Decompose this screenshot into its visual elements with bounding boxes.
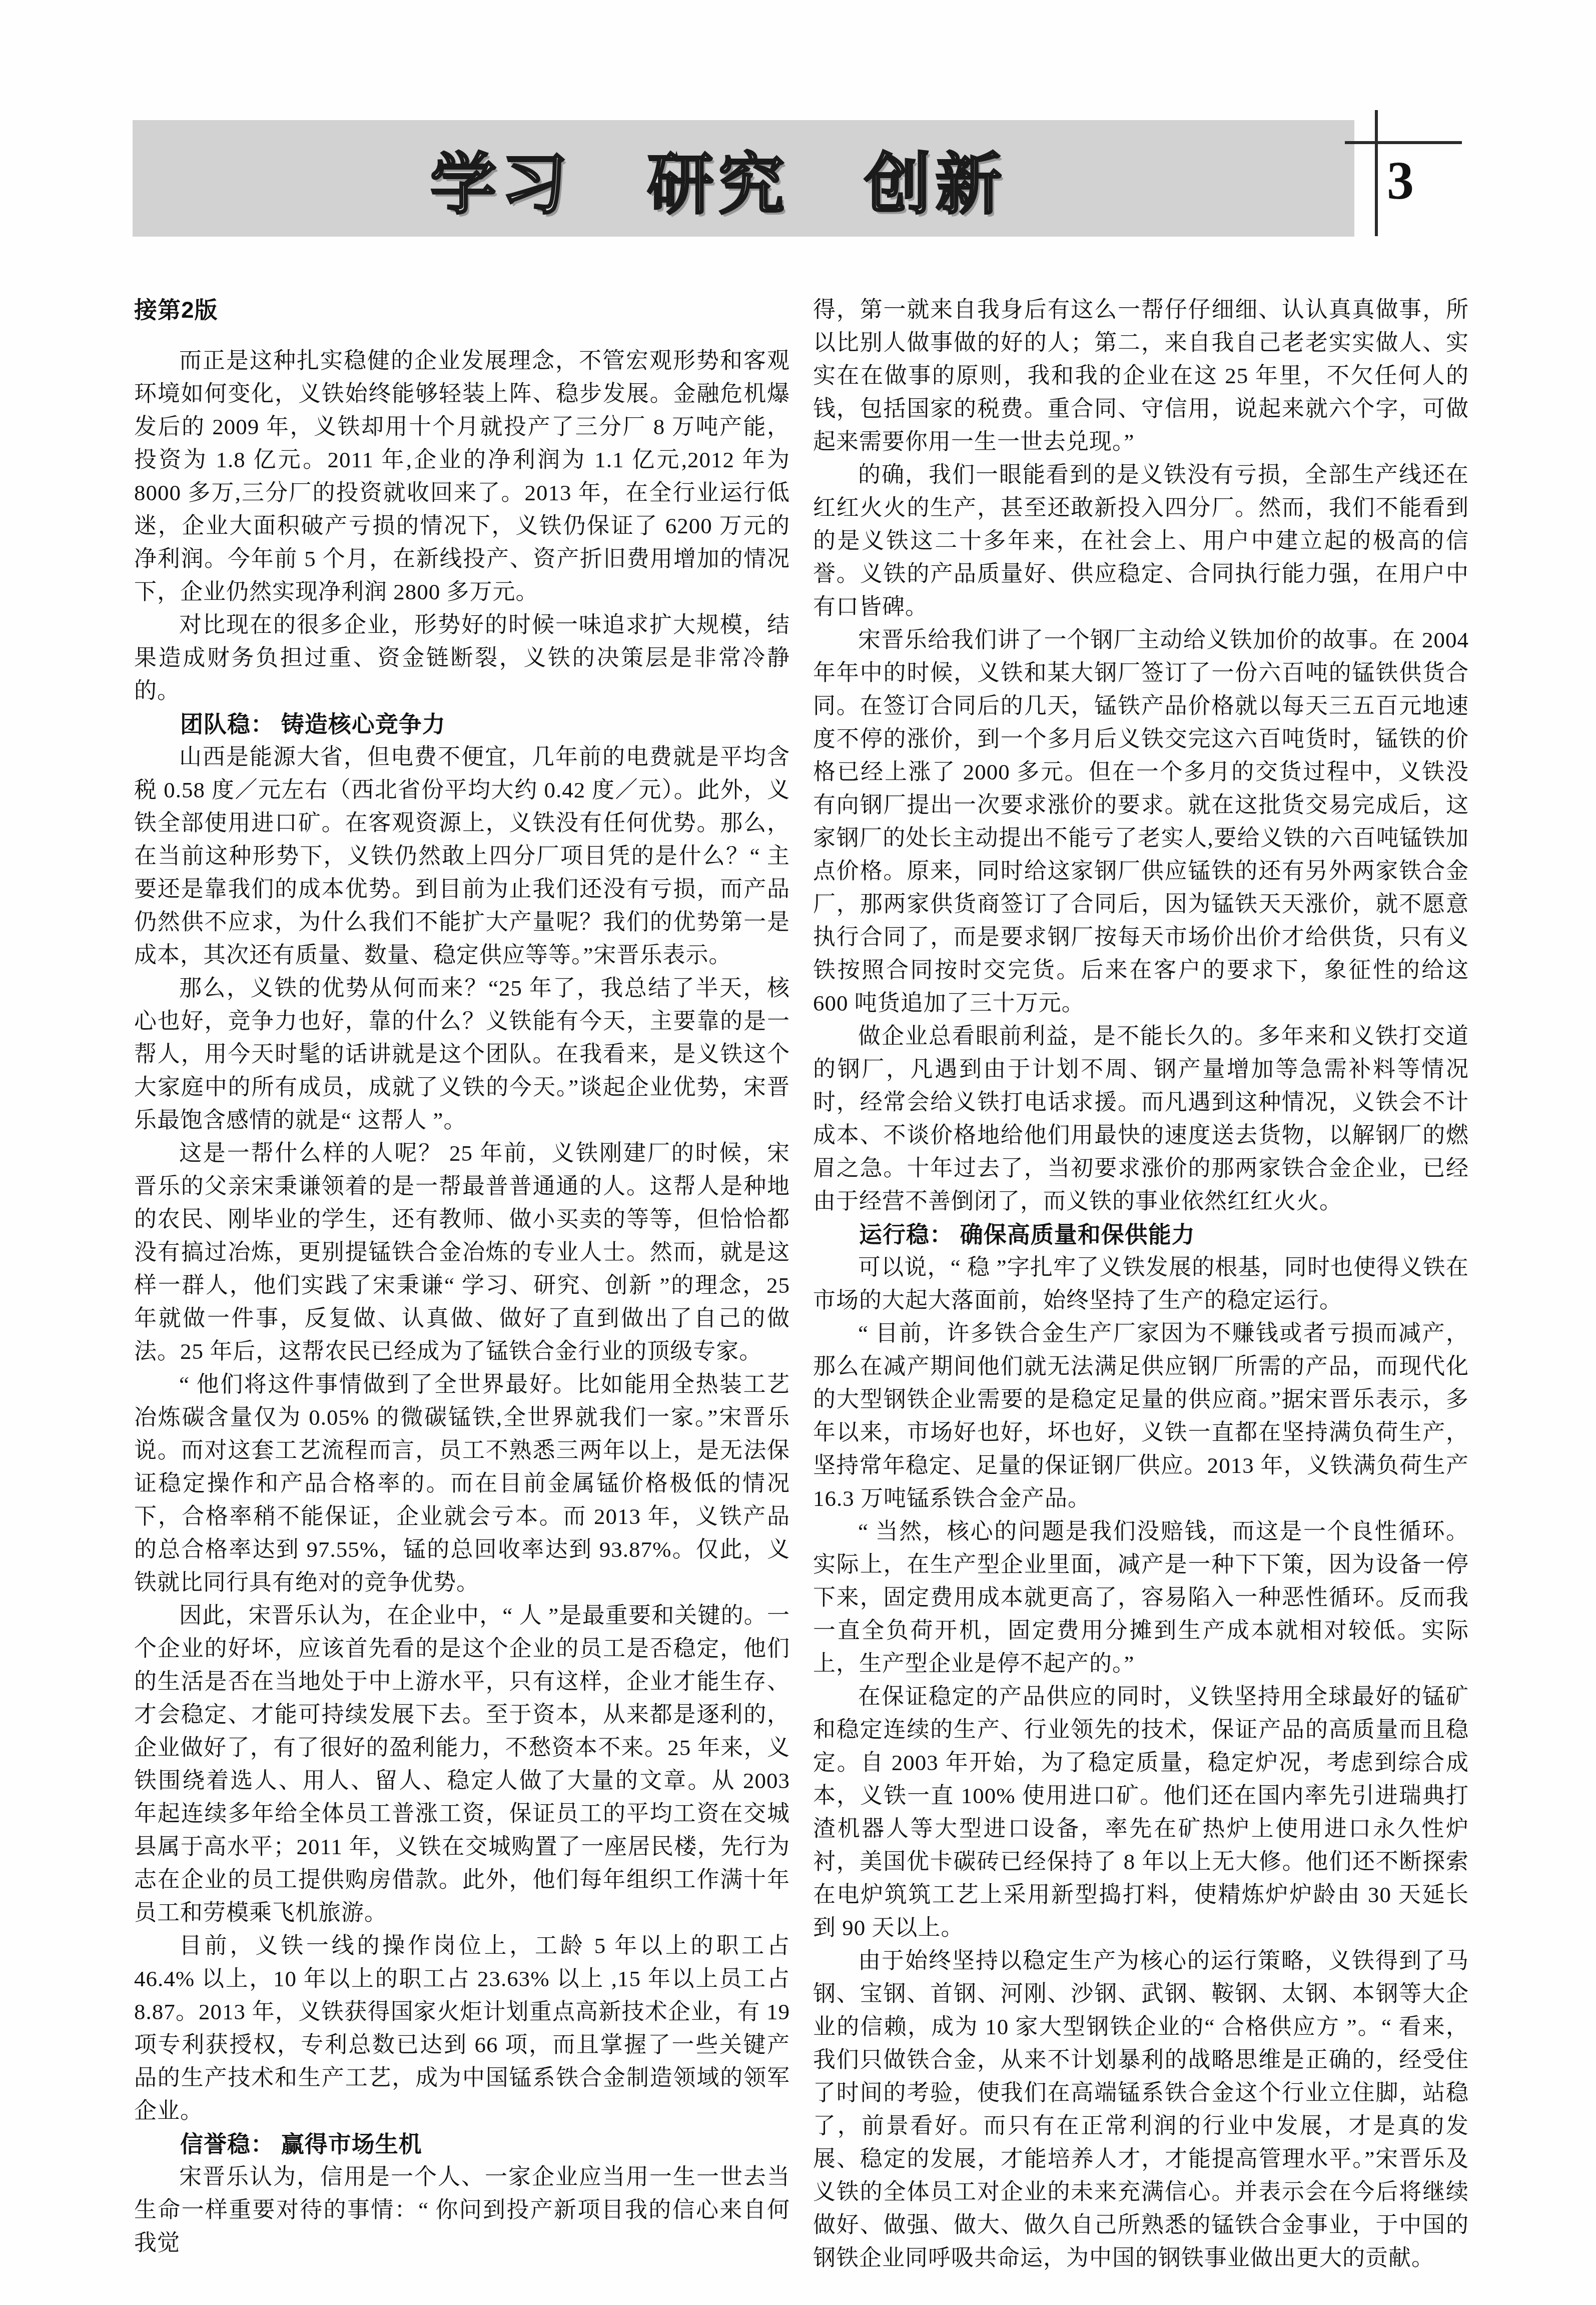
newspaper-page: 学习 研究 创新 3 接第2版而正是这种扎实稳健的企业发展理念，不管宏观形势和客… <box>0 0 1596 2305</box>
masthead-banner: 学习 研究 创新 <box>133 120 1354 237</box>
body-paragraph: 那么，义铁的优势从何而来？“25 年了，我总结了半天，核心也好，竞争力也好，靠的… <box>134 972 790 1137</box>
body-paragraph: “ 他们将这件事情做到了全世界最好。比如能用全热装工艺冶炼碳含量仅为 0.05%… <box>134 1368 790 1599</box>
body-paragraph: 山西是能源大省，但电费不便宜，几年前的电费就是平均含税 0.58 度／元左右（西… <box>134 740 790 972</box>
body-paragraph: 目前，义铁一线的操作岗位上，工龄 5 年以上的职工占 46.4% 以上，10 年… <box>134 1929 790 2127</box>
body-paragraph: “ 当然，核心的问题是我们没赔钱，而这是一个良性循环。实际上，在生产型企业里面，… <box>813 1515 1469 1680</box>
body-paragraph: 而正是这种扎实稳健的企业发展理念，不管宏观形势和客观环境如何变化，义铁始终能够轻… <box>134 344 790 608</box>
body-paragraph: 得，第一就来自我身后有这么一帮仔仔细细、认认真真做事，所以比别人做事做的好的人；… <box>813 293 1469 458</box>
continued-from-note: 接第2版 <box>134 293 790 326</box>
section-heading: 团队稳： 铸造核心竞争力 <box>134 707 790 740</box>
body-paragraph: 在保证稳定的产品供应的同时，义铁坚持用全球最好的锰矿和稳定连续的生产、行业领先的… <box>813 1680 1469 1944</box>
body-paragraph: “ 目前，许多铁合金生产厂家因为不赚钱或者亏损而减产，那么在减产期间他们就无法满… <box>813 1317 1469 1515</box>
crop-mark-vertical <box>1375 110 1378 236</box>
section-heading: 运行稳： 确保高质量和保供能力 <box>813 1218 1469 1251</box>
body-paragraph: 的确，我们一眼能看到的是义铁没有亏损，全部生产线还在红红火火的生产，甚至还敢新投… <box>813 458 1469 623</box>
body-paragraph: 因此，宋晋乐认为，在企业中，“ 人 ”是最重要和关键的。一个企业的好坏，应该首先… <box>134 1599 790 1929</box>
crop-mark-horizontal <box>1345 141 1462 144</box>
body-paragraph: 宋晋乐给我们讲了一个钢厂主动给义铁加价的故事。在 2004 年年中的时候，义铁和… <box>813 623 1469 1020</box>
banner-word-research: 研究 <box>647 131 789 226</box>
body-paragraph: 可以说，“ 稳 ”字扎牢了义铁发展的根基，同时也使得义铁在市场的大起大落面前，始… <box>813 1251 1469 1317</box>
banner-word-study: 学习 <box>430 131 572 226</box>
body-paragraph: 对比现在的很多企业，形势好的时候一味追求扩大规模，结果造成财务负担过重、资金链断… <box>134 608 790 707</box>
body-paragraph: 做企业总看眼前利益，是不能长久的。多年来和义铁打交道的钢厂，凡遇到由于计划不周、… <box>813 1020 1469 1218</box>
body-paragraph: 这是一帮什么样的人呢？ 25 年前，义铁刚建厂的时候，宋晋乐的父亲宋秉谦领着的是… <box>134 1137 790 1368</box>
body-paragraph: 由于始终坚持以稳定生产为核心的运行策略，义铁得到了马钢、宝钢、首钢、河刚、沙钢、… <box>813 1944 1469 2274</box>
column-right: 得，第一就来自我身后有这么一帮仔仔细细、认认真真做事，所以比别人做事做的好的人；… <box>813 293 1469 2274</box>
masthead-slogan: 学习 研究 创新 <box>430 131 1007 226</box>
column-left: 接第2版而正是这种扎实稳健的企业发展理念，不管宏观形势和客观环境如何变化，义铁始… <box>134 293 790 2274</box>
body-paragraph: 宋晋乐认为，信用是一个人、一家企业应当用一生一世去当生命一样重要对待的事情：“ … <box>134 2160 790 2259</box>
banner-word-innovation: 创新 <box>865 131 1007 226</box>
page-number: 3 <box>1387 154 1414 208</box>
section-heading: 信誉稳： 赢得市场生机 <box>134 2127 790 2160</box>
article-body: 接第2版而正是这种扎实稳健的企业发展理念，不管宏观形势和客观环境如何变化，义铁始… <box>134 293 1469 2274</box>
